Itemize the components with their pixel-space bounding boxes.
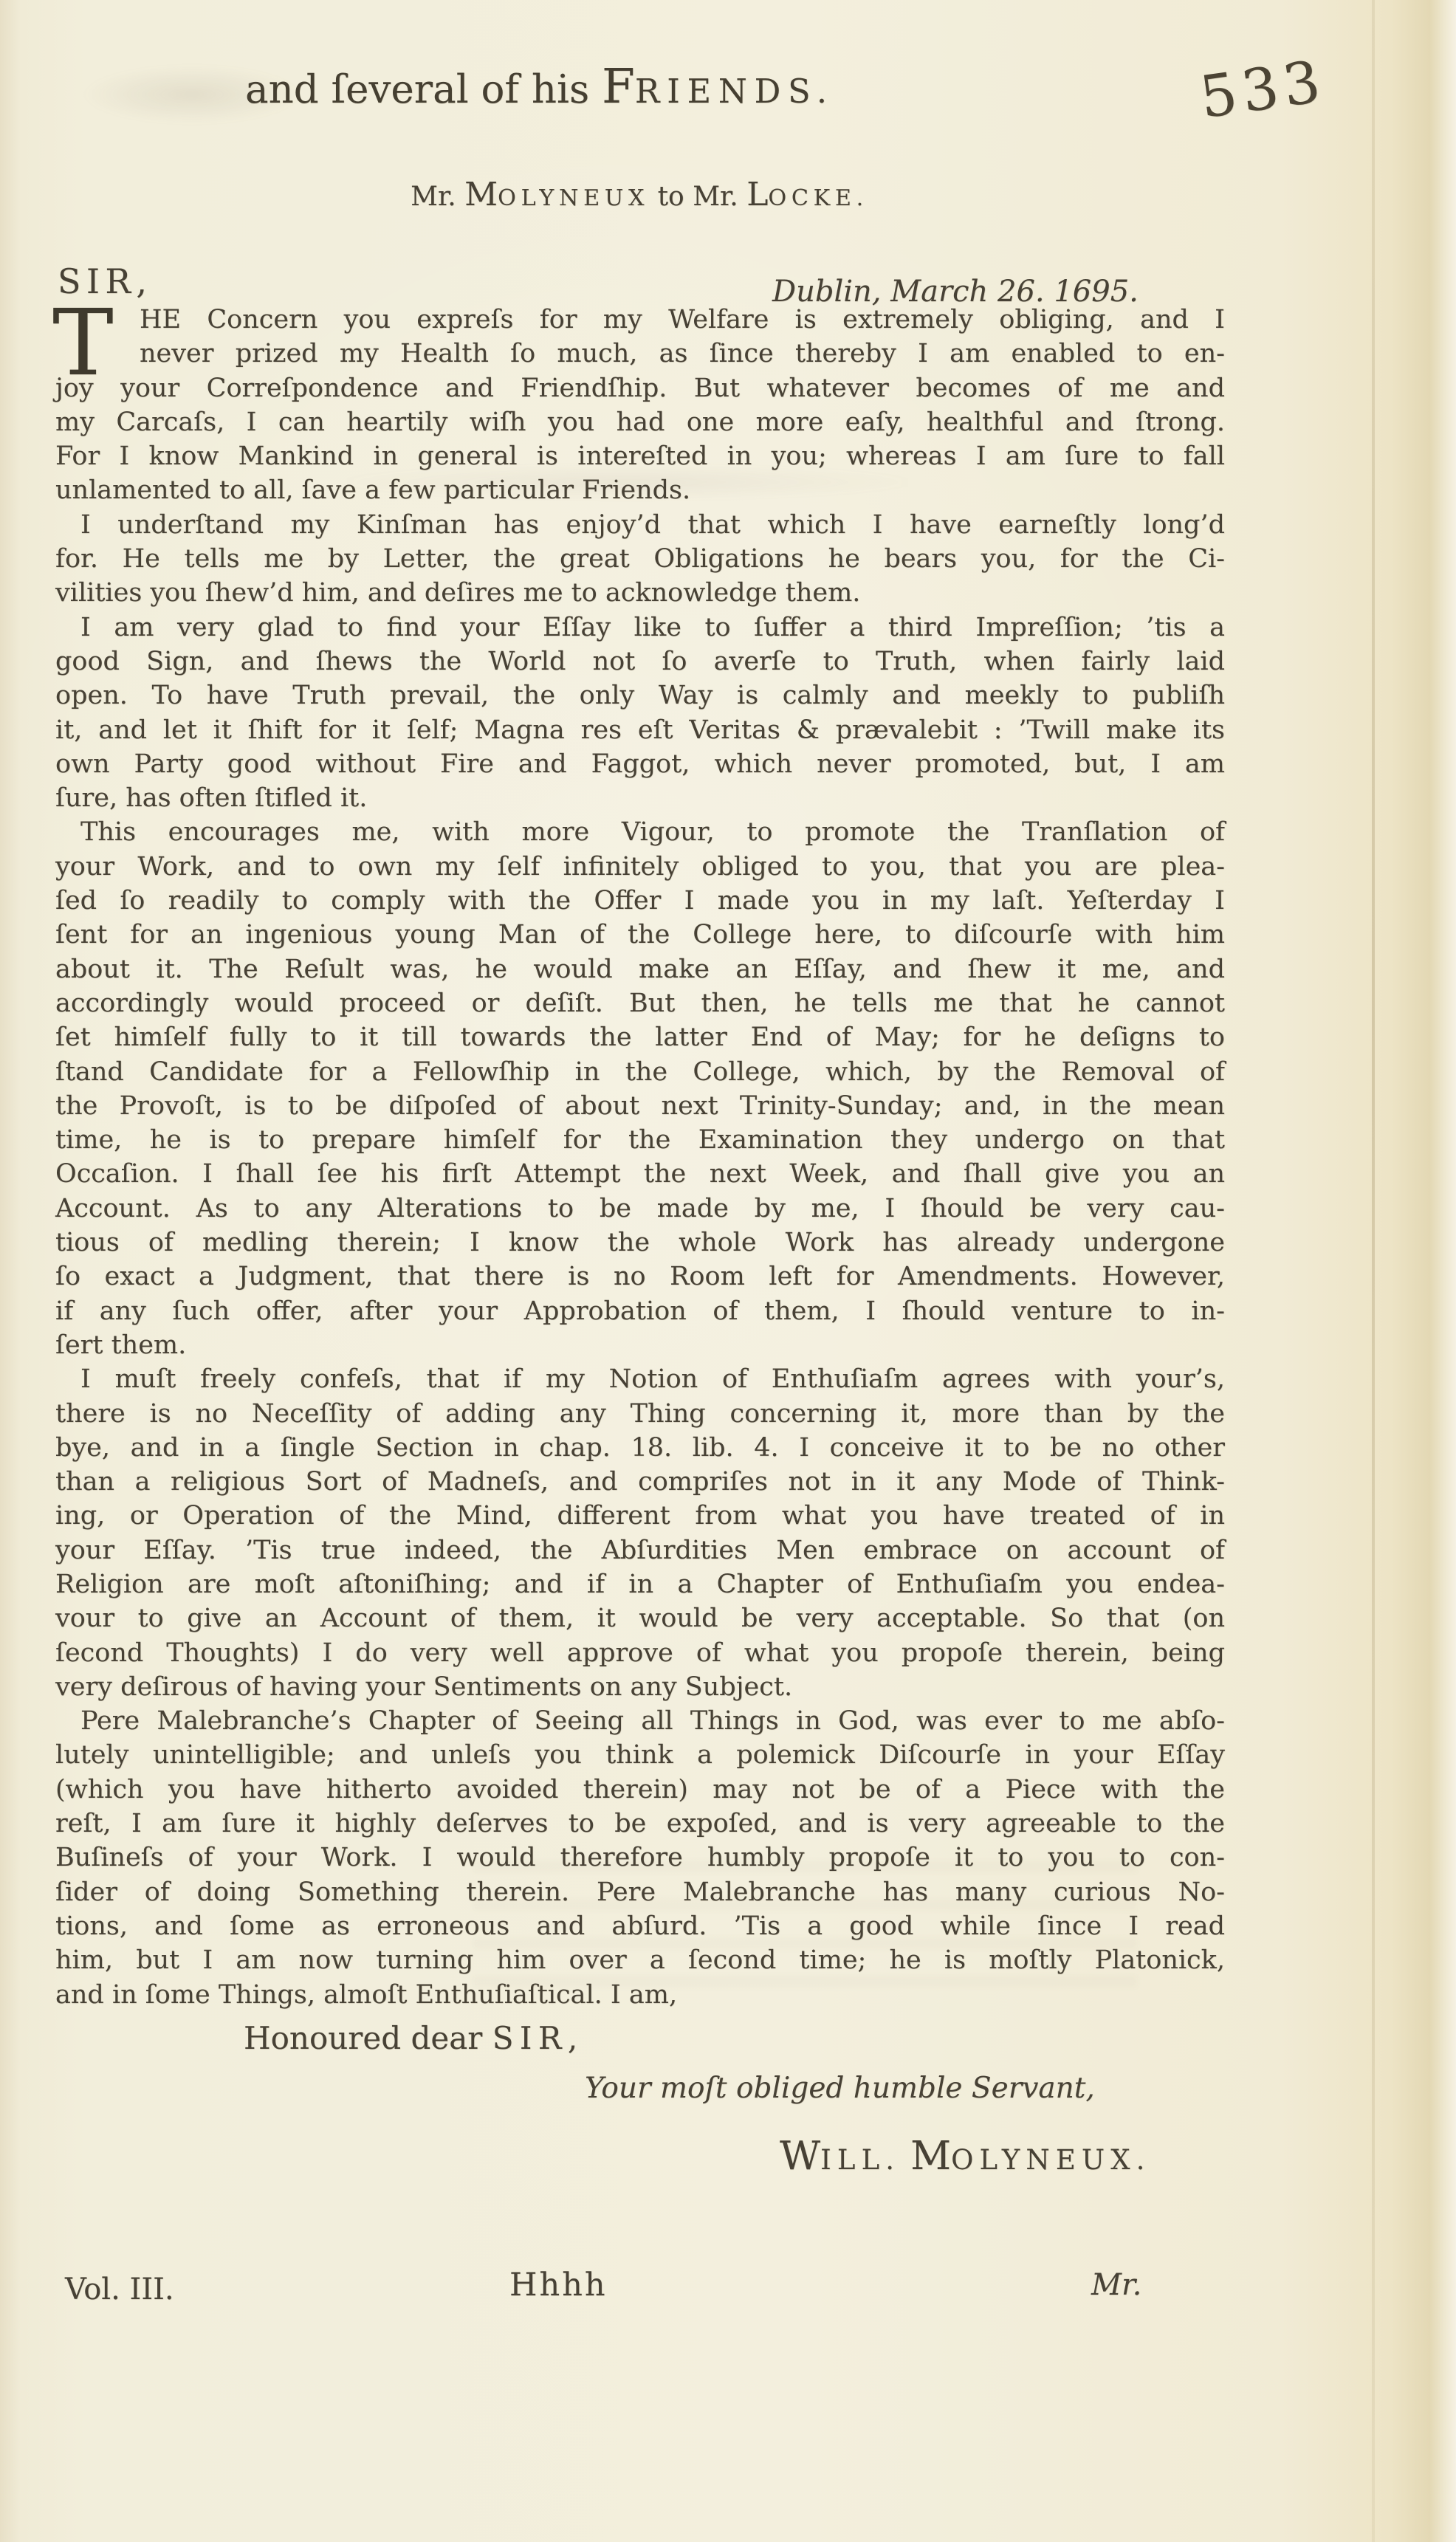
text-segment: F — [602, 59, 635, 114]
text-segment: Magna res eſt Veritas & prævalebit — [474, 715, 978, 745]
text-line: (which you have hitherto avoided therein… — [55, 1773, 1225, 1807]
text-line: open. To have Truth prevail, the only Wa… — [55, 679, 1225, 712]
text-segment: Mr. — [693, 182, 738, 212]
text-line: for. He tells me by Letter, the great Ob… — [55, 542, 1225, 576]
text-segment: if any ſuch offer, after your Approbatio… — [55, 1296, 1225, 1326]
text-segment: : ’Twill make its — [978, 715, 1225, 745]
text-line: good Sign, and ſhews the World not ſo av… — [55, 645, 1225, 679]
text-segment: I underſtand my Kinſman has enjoy’d that… — [80, 510, 1225, 540]
text-line: there is no Neceſſity of adding any Thin… — [55, 1397, 1225, 1431]
text-segment: reſt, I am ſure it highly deſerves to be… — [55, 1809, 1225, 1838]
text-segment: RIENDS. — [635, 73, 834, 111]
footer-volume: Vol. III. — [65, 2273, 174, 2306]
text-segment: and ſeveral of his — [245, 67, 602, 112]
paragraph: I underſtand my Kinſman has enjoy’d that… — [55, 508, 1225, 611]
text-line: ſo exact a Judgment, that there is no Ro… — [55, 1260, 1225, 1294]
text-line: joy your Correſpondence and Friendſhip. … — [55, 371, 1225, 405]
text-segment: tions, and ſome as erroneous and abſurd.… — [55, 1911, 1225, 1941]
text-segment: Mr. — [411, 182, 456, 212]
text-segment: ſert them. — [55, 1330, 186, 1360]
text-line: about it. The Reſult was, he would make … — [55, 952, 1225, 986]
text-segment: M — [910, 2132, 951, 2179]
text-line: ing, or Operation of the Mind, different… — [55, 1499, 1225, 1533]
text-line: the Provoſt, is to be diſpoſed of about … — [55, 1089, 1225, 1123]
text-segment: about it. The Reſult was, he would make … — [55, 955, 1225, 984]
text-segment: own Party good without Fire and Faggot, … — [55, 749, 1225, 779]
text-segment: it, and let it ſhift for it ſelf; — [55, 715, 474, 745]
text-line: unlamented to all, ſave a few particular… — [55, 473, 1225, 507]
text-segment: lib. — [693, 1433, 734, 1463]
text-segment: joy your Correſpondence and Friendſhip. … — [55, 374, 1225, 403]
text-segment: OLYNEUX — [498, 185, 649, 211]
text-line: I underſtand my Kinſman has enjoy’d that… — [55, 508, 1225, 542]
text-segment: vour to give an Account of them, it woul… — [55, 1604, 1225, 1633]
text-segment: Eſſay — [543, 613, 611, 642]
text-segment: I muſt freely confeſs, that if my Notion… — [80, 1364, 772, 1394]
text-segment: your Work, and to own my ſelf infinitely… — [55, 852, 1225, 882]
text-line: I muſt freely confeſs, that if my Notion… — [55, 1362, 1225, 1396]
text-segment: Occaſion. I ſhall ſee his firſt Attempt … — [55, 1159, 1225, 1189]
text-segment: ILL. — [820, 2144, 900, 2176]
text-segment: vilities you ſhew’d him, and deſires me … — [55, 578, 860, 608]
text-line: vour to give an Account of them, it woul… — [55, 1601, 1225, 1635]
text-segment: lutely unintelligible; and unleſs you th… — [55, 1740, 1157, 1770]
text-segment: ſure, has often ſtifled it. — [55, 783, 367, 813]
footer-signature-mark: Hhhh — [509, 2267, 608, 2304]
text-segment: than a religious Sort of Madneſs, and co… — [55, 1467, 1225, 1497]
text-segment: OLYNEUX. — [951, 2144, 1150, 2176]
text-line: ſecond Thoughts) I do very well approve … — [55, 1636, 1225, 1670]
text-segment: Pere Malebranche — [80, 1706, 329, 1736]
book-page: and ſeveral of his FRIENDS. 533 Mr. MOLY… — [0, 0, 1456, 2542]
text-segment: him, but I am now turning him over a ſec… — [55, 1945, 1225, 1975]
text-segment: Eſſay — [1157, 1740, 1225, 1770]
text-line: ſet himſelf fully to it till towards the… — [55, 1020, 1225, 1054]
paragraph: Pere Malebranche’s Chapter of Seeing all… — [55, 1704, 1225, 2012]
text-segment — [684, 182, 693, 212]
text-segment: chap. — [539, 1433, 611, 1463]
text-line: tions, and ſome as erroneous and abſurd.… — [55, 1909, 1225, 1943]
text-segment: Account. As to any Alterations to be mad… — [55, 1194, 1225, 1223]
text-segment: good Sign, and ſhews the World not ſo av… — [55, 647, 1225, 676]
page-edge-crease — [1372, 0, 1375, 2542]
text-segment: ſed ſo readily to comply with the Offer … — [55, 886, 1225, 916]
text-line: ſure, has often ſtifled it. — [55, 781, 1225, 815]
text-segment: Honoured dear — [244, 2020, 492, 2056]
text-segment: unlamented to all, ſave a few particular… — [55, 475, 690, 505]
paragraph: THE Concern you expreſs for my Welfare i… — [55, 303, 1225, 508]
text-line: accordingly would proceed or deſiſt. But… — [55, 986, 1225, 1020]
text-segment: W — [780, 2132, 820, 2179]
text-segment: L — [746, 176, 768, 213]
text-segment: never prized my Health ſo much, as ſince… — [140, 339, 1225, 368]
text-line: reſt, I am ſure it highly deſerves to be… — [55, 1807, 1225, 1841]
paragraph: I am very glad to find your Eſſay like t… — [55, 611, 1225, 816]
text-segment: Enthuſiaſm — [896, 1570, 1042, 1599]
text-segment — [900, 2140, 910, 2177]
text-segment: , was ever to me abſo- — [891, 1706, 1225, 1736]
text-line: ſed ſo readily to comply with the Offer … — [55, 884, 1225, 918]
text-segment: ’s Chapter of — [329, 1706, 534, 1736]
text-segment: HE Concern you expreſs for my Welfare is… — [140, 305, 1225, 334]
text-line: and in ſome Things, almoſt Enthuſiaſtica… — [55, 1978, 1225, 2012]
text-line: him, but I am now turning him over a ſec… — [55, 1943, 1225, 1977]
text-line: never prized my Health ſo much, as ſince… — [55, 337, 1225, 371]
text-line: For I know Mankind in general is intereſ… — [55, 439, 1225, 473]
text-line: my Carcaſs, I can heartily wiſh you had … — [55, 405, 1225, 439]
paragraph: I muſt freely confeſs, that if my Notion… — [55, 1362, 1225, 1704]
text-segment: tious of medling therein; I know the who… — [55, 1228, 1225, 1257]
text-line: ſtand Candidate for a Fellowſhip in the … — [55, 1055, 1225, 1089]
text-line: very deſirous of having your Sentiments … — [55, 1670, 1225, 1704]
text-line: own Party good without Fire and Faggot, … — [55, 747, 1225, 781]
closing-honoured: Honoured dear SIR, — [244, 2020, 584, 2056]
text-segment: you endea- — [1043, 1570, 1225, 1599]
closing-signature: WILL. MOLYNEUX. — [780, 2132, 1151, 2179]
text-segment: ing, or Operation of the Mind, different… — [55, 1501, 1225, 1531]
text-segment: 4. I conceive it to be no other — [734, 1433, 1225, 1463]
text-segment — [649, 182, 657, 212]
text-segment: there is no Neceſſity of adding any Thin… — [55, 1399, 1225, 1429]
text-segment: Trinity-Sunday — [740, 1091, 934, 1121]
text-segment: my Carcaſs, I can heartily wiſh you had … — [55, 408, 1225, 437]
text-segment: ſent for an ingenious young Man of the C… — [55, 920, 1225, 949]
letter-body: THE Concern you expreſs for my Welfare i… — [55, 303, 1225, 2012]
text-line: This encourages me, with more Vigour, to… — [55, 815, 1225, 849]
text-segment: M — [464, 176, 498, 213]
text-line: Buſineſs of your Work. I would therefore… — [55, 1841, 1225, 1875]
text-line: HE Concern you expreſs for my Welfare is… — [55, 303, 1225, 337]
text-segment: ſo exact a Judgment, that there is no Ro… — [55, 1262, 1225, 1291]
running-header: and ſeveral of his FRIENDS. — [245, 59, 834, 114]
text-segment: your — [55, 1536, 143, 1565]
text-segment: May — [875, 1023, 931, 1052]
text-line: your Eſſay. ’Tis true indeed, the Abſurd… — [55, 1533, 1225, 1567]
text-segment — [738, 182, 746, 212]
text-segment: SIR, — [492, 2020, 584, 2056]
text-segment: I am very glad to find your — [80, 613, 543, 642]
text-line: Pere Malebranche’s Chapter of Seeing all… — [55, 1704, 1225, 1738]
text-segment: open. To have Truth prevail, the only Wa… — [55, 681, 1225, 710]
text-line: lutely unintelligible; and unleſs you th… — [55, 1738, 1225, 1772]
text-segment: bye, and in a ſingle Section in — [55, 1433, 539, 1463]
closing-servant: Your moſt obliged humble Servant, — [585, 2072, 1095, 2105]
text-segment: time, he is to prepare himſelf for the E… — [55, 1125, 1225, 1155]
footer-catchword: Mr. — [1091, 2268, 1141, 2302]
letter-heading: Mr. MOLYNEUX to Mr. LOCKE. — [55, 176, 1223, 213]
text-segment: This encourages me, with more Vigour, to… — [80, 817, 1225, 847]
text-segment: ſecond Thoughts) I do very well approve … — [55, 1638, 1225, 1668]
text-segment: ſtand Candidate for a Fellowſhip in the … — [55, 1057, 1225, 1087]
text-segment: agrees with your’s, — [918, 1364, 1225, 1394]
text-line: Account. As to any Alterations to be mad… — [55, 1192, 1225, 1226]
text-segment: Buſineſs of your Work. I would therefore… — [55, 1843, 1225, 1872]
text-segment: has many curious No- — [856, 1878, 1225, 1907]
text-line: tious of medling therein; I know the who… — [55, 1226, 1225, 1260]
text-segment: (which you have hitherto avoided therein… — [55, 1775, 1225, 1804]
drop-cap: T — [52, 307, 114, 379]
text-segment: Eſſay — [143, 1536, 207, 1565]
text-line: it, and let it ſhift for it ſelf; Magna … — [55, 713, 1225, 747]
text-line: Occaſion. I ſhall ſee his firſt Attempt … — [55, 1157, 1225, 1191]
text-segment: like to ſuffer a third Impreſſion; ’tis … — [611, 613, 1225, 642]
text-segment: and in ſome Things, almoſt Enthuſiaſtica… — [55, 1980, 677, 2010]
text-line: time, he is to prepare himſelf for the E… — [55, 1123, 1225, 1157]
text-segment: accordingly would proceed or deſiſt. But… — [55, 989, 1225, 1018]
text-segment: ſider of doing Something therein. — [55, 1878, 597, 1907]
text-line: than a religious Sort of Madneſs, and co… — [55, 1465, 1225, 1499]
text-segment: to — [658, 182, 684, 212]
text-line: I am very glad to find your Eſſay like t… — [55, 611, 1225, 645]
text-segment: ; for he deſigns to — [931, 1023, 1225, 1052]
text-segment: Pere Malebranche — [597, 1878, 856, 1907]
text-segment: very deſirous of having your Sentiments … — [55, 1672, 792, 1702]
text-segment: for. He tells me by Letter, the great Ob… — [55, 544, 1225, 574]
text-line: ſider of doing Something therein. Pere M… — [55, 1875, 1225, 1909]
text-line: Religion are moſt aſtoniſhing; and if in… — [55, 1567, 1225, 1601]
text-line: if any ſuch offer, after your Approbatio… — [55, 1294, 1225, 1328]
text-segment: 18. — [611, 1433, 693, 1463]
text-segment: the Provoſt, is to be diſpoſed of about … — [55, 1091, 740, 1121]
text-line: your Work, and to own my ſelf infinitely… — [55, 850, 1225, 884]
text-segment: Seeing all Things in God — [535, 1706, 891, 1736]
text-segment: ; and, in the mean — [934, 1091, 1225, 1121]
text-line: vilities you ſhew’d him, and deſires me … — [55, 576, 1225, 610]
text-segment: Religion are moſt aſtoniſhing; and if in… — [55, 1570, 896, 1599]
text-line: ſent for an ingenious young Man of the C… — [55, 918, 1225, 952]
text-segment: Enthuſiaſm — [772, 1364, 918, 1394]
text-segment: OCKE. — [768, 185, 868, 211]
text-segment: . ’Tis true indeed, the Abſurdities Men … — [208, 1536, 1225, 1565]
paragraph: This encourages me, with more Vigour, to… — [55, 815, 1225, 1362]
text-line: bye, and in a ſingle Section in chap. 18… — [55, 1431, 1225, 1465]
text-segment — [456, 182, 464, 212]
text-segment: For I know Mankind in general is intereſ… — [55, 442, 1225, 471]
text-line: ſert them. — [55, 1328, 1225, 1362]
page-number: 533 — [1196, 44, 1359, 131]
text-segment: ſet himſelf fully to it till towards the… — [55, 1023, 875, 1052]
